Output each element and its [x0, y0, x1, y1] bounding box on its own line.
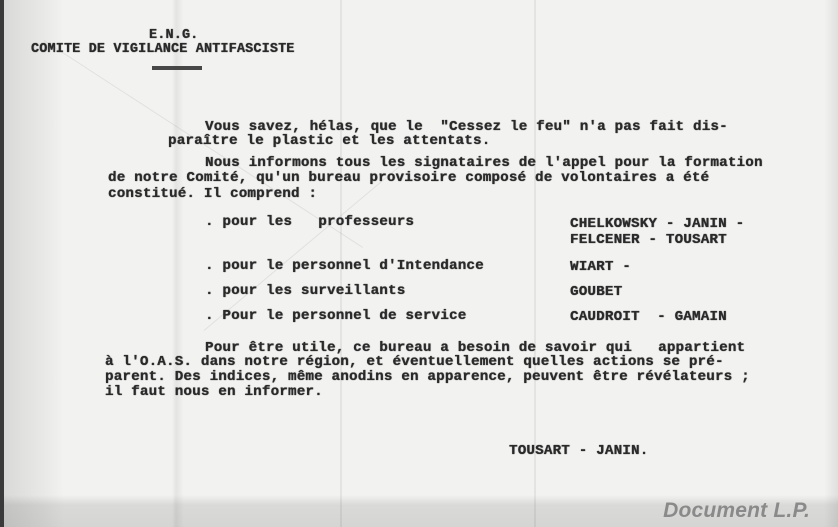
bureau-members-professeurs-2: FELCENER - TOUSART	[570, 232, 727, 248]
bureau-role-professeurs: . pour les professeurs	[205, 214, 414, 230]
paragraph-3-line-3: parent. Des indices, même anodins en app…	[105, 369, 750, 385]
bureau-members-service: CAUDROIT - GAMAIN	[570, 309, 727, 325]
paragraph-2-line-2: de notre Comité, qu'un bureau provisoire…	[108, 170, 709, 186]
bureau-role-intendance: . pour le personnel d'Intendance	[205, 258, 484, 274]
bureau-members-intendance: WIART -	[570, 259, 631, 275]
bureau-role-service: . Pour le personnel de service	[205, 308, 466, 324]
bureau-role-surveillants: . pour les surveillants	[205, 283, 405, 299]
paragraph-3-line-4: il faut nous en informer.	[105, 384, 323, 400]
bureau-members-surveillants: GOUBET	[570, 284, 622, 300]
paragraph-2-line-3: constitué. Il comprend :	[108, 186, 317, 202]
signature: TOUSART - JANIN.	[509, 443, 648, 459]
paragraph-3-line-2: à l'O.A.S. dans notre région, et éventue…	[105, 354, 724, 370]
paragraph-2-line-1: Nous informons tous les signataires de l…	[205, 155, 763, 171]
paragraph-1-line-2: paraître le plastic et les attentats.	[168, 133, 490, 149]
title-underline	[152, 66, 202, 70]
org-acronym: E.N.G.	[149, 28, 198, 43]
bureau-members-professeurs-1: CHELKOWSKY - JANIN -	[570, 216, 744, 232]
document-title: COMITE DE VIGILANCE ANTIFASCISTE	[31, 42, 295, 57]
watermark: Document L.P.	[663, 499, 810, 523]
document-page: E.N.G. COMITE DE VIGILANCE ANTIFASCISTE …	[4, 0, 838, 527]
